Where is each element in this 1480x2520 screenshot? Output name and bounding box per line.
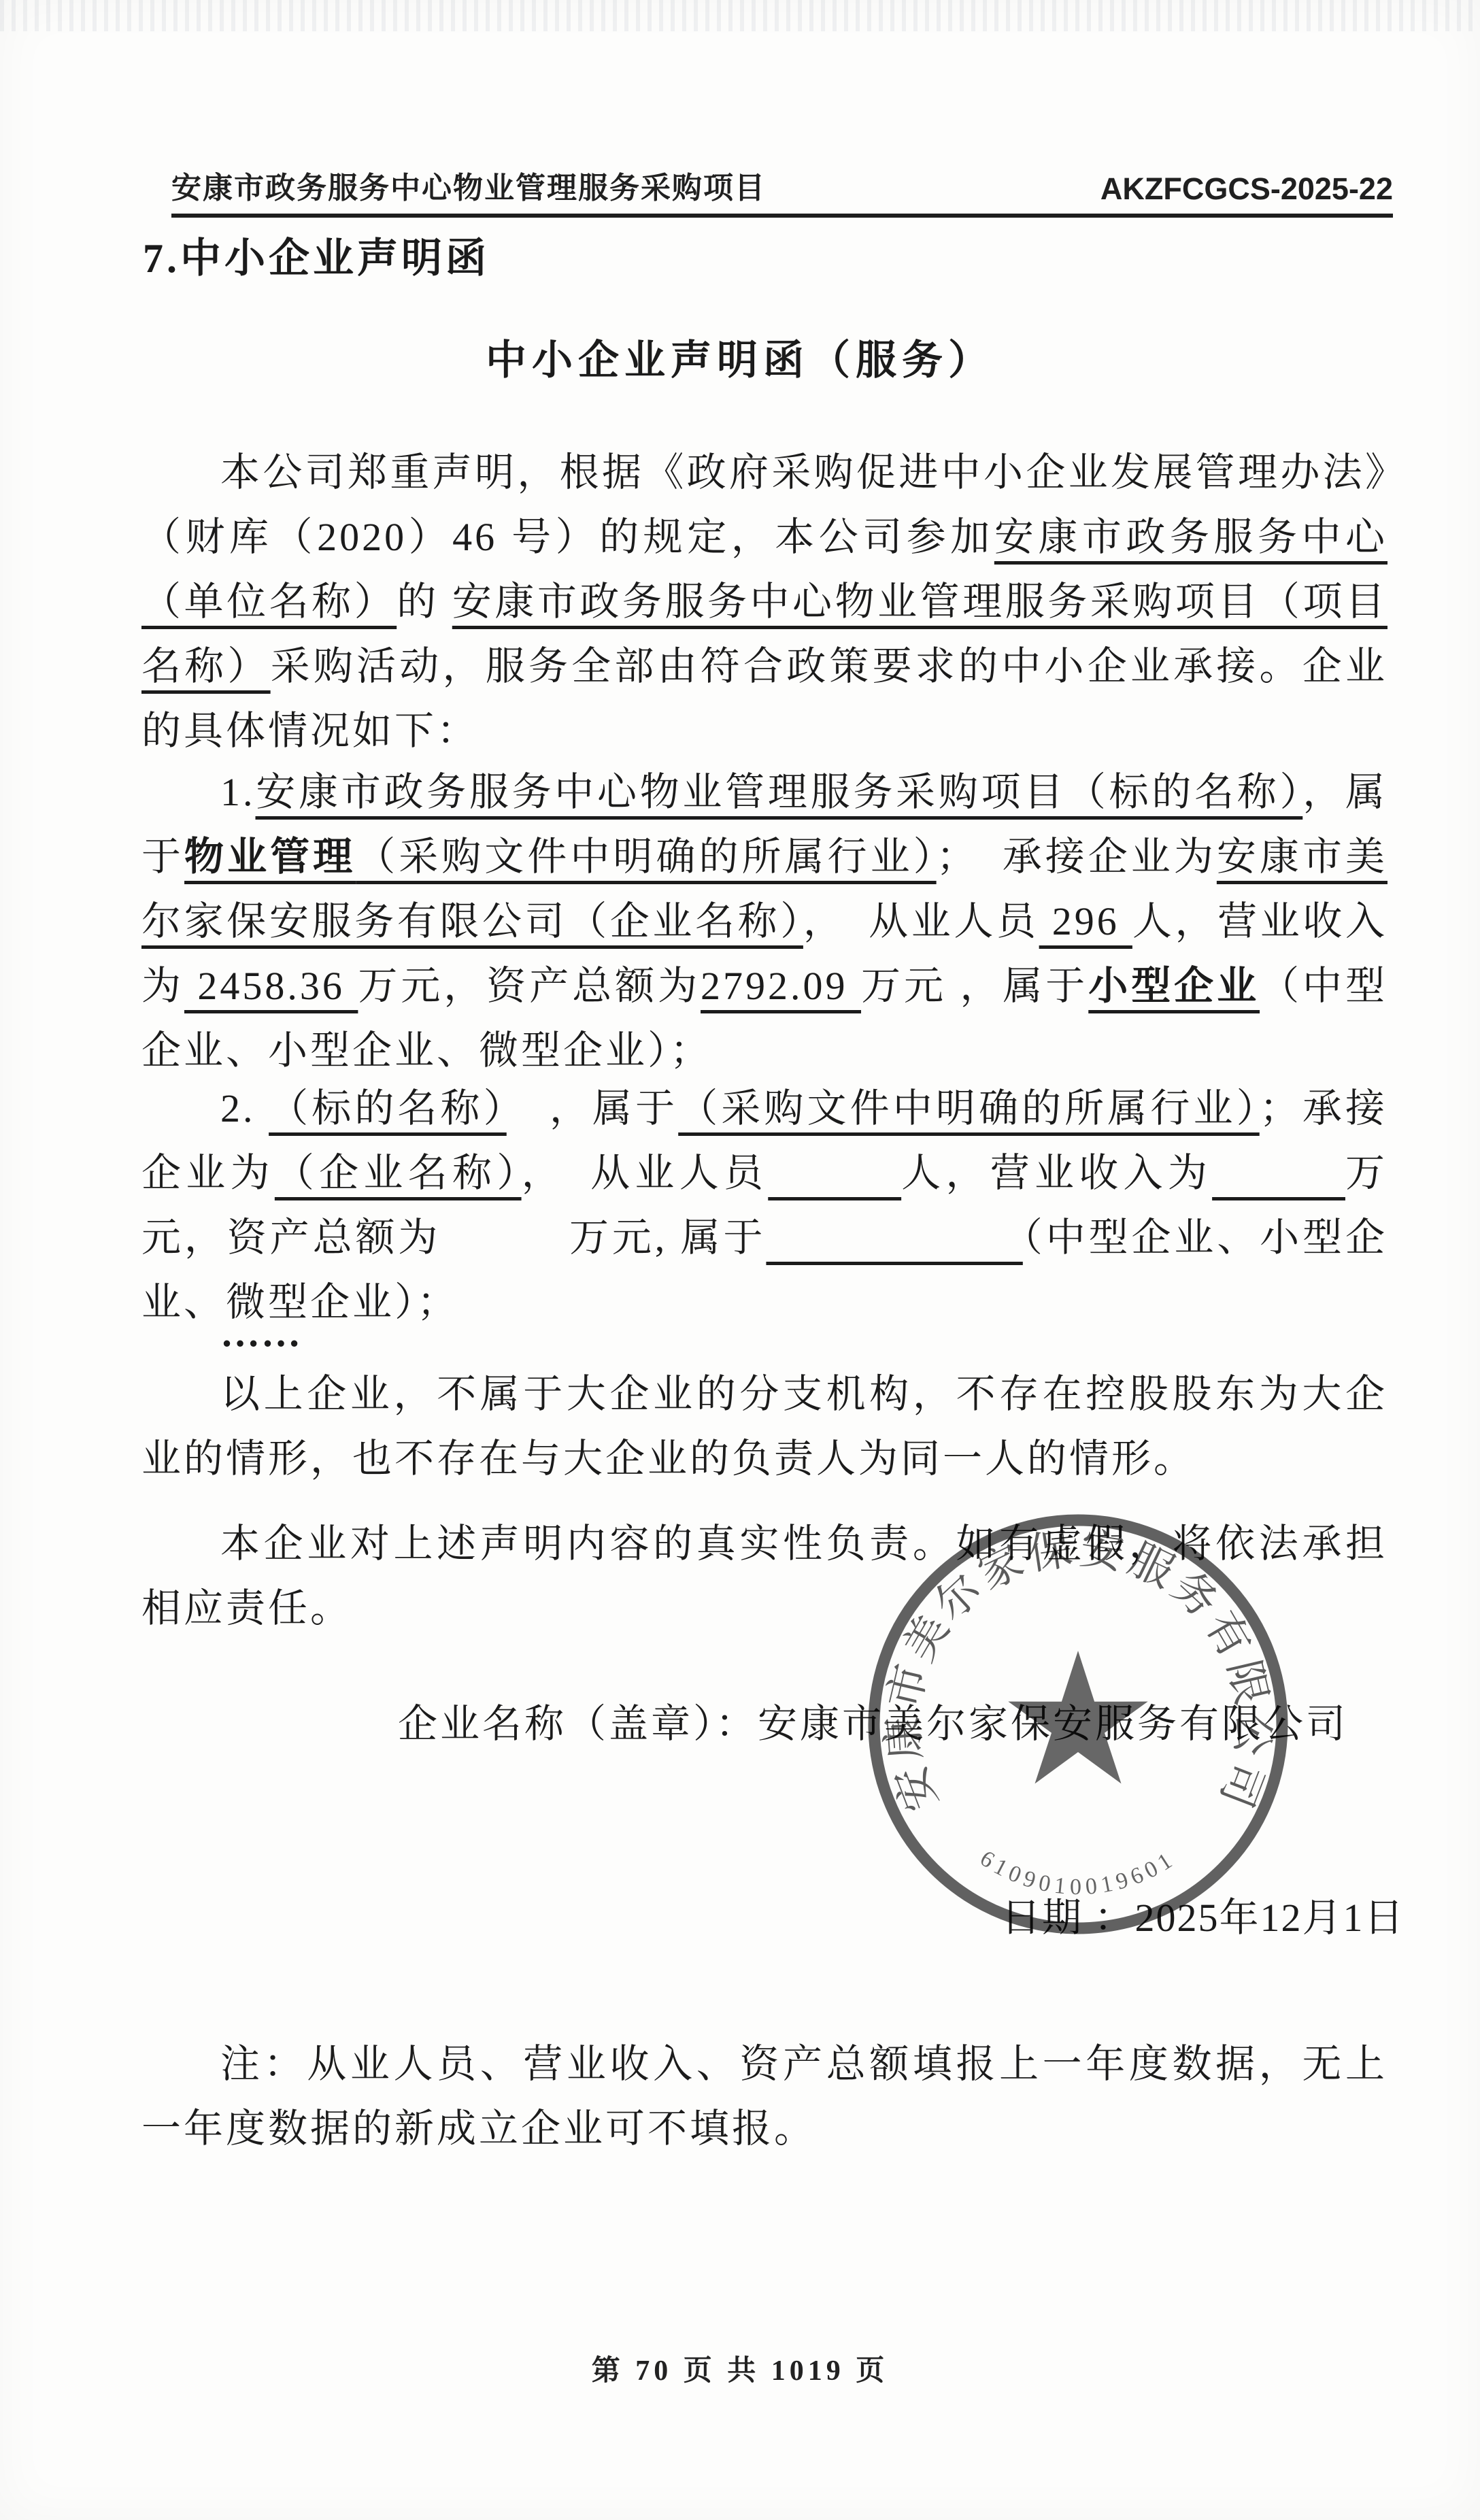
item1-subject-name: 安康市政务服务中心物业管理服务采购项目（标的名称） bbox=[256, 770, 1303, 814]
declaration-tail: 采购活动，服务全部由符合政策要求的中小企业承接。企业的具体情况如下： bbox=[141, 644, 1387, 753]
item1-text: ， 从业人员 bbox=[803, 899, 1039, 943]
item1-text: 万元，资产总额为 bbox=[358, 964, 701, 1008]
item1-employee-count: 296 bbox=[1039, 899, 1132, 943]
seal-star-icon bbox=[1008, 1651, 1147, 1783]
declaration-mid: 的 bbox=[397, 579, 452, 624]
item2-company-blank: （企业名称） bbox=[275, 1151, 522, 1195]
item1-asset-amount: 2792.09 bbox=[701, 964, 861, 1008]
item2-asset-gap bbox=[441, 1215, 569, 1260]
item2-text: ， 从业人员 bbox=[522, 1151, 769, 1195]
item1-industry-note: （采购文件中明确的所属行业） bbox=[356, 835, 936, 879]
seal-code-text: 6109010019601 bbox=[975, 1846, 1180, 1900]
item1-revenue-amount: 2458.36 bbox=[184, 964, 358, 1008]
section-heading: 7.中小企业声明函 bbox=[143, 226, 490, 284]
header-project-name: 安康市政务服务中心物业管理服务采购项目 bbox=[171, 163, 766, 207]
item2-paragraph: 2. （标的名称） ，属于（采购文件中明确的所属行业）；承接企业为（企业名称），… bbox=[141, 1076, 1387, 1334]
note-paragraph: 注：从业人员、营业收入、资产总额填报上一年度数据，无上一年度数据的新成立企业可不… bbox=[141, 2032, 1387, 2161]
item2-subject-blank: （标的名称） bbox=[269, 1086, 507, 1130]
page-header: 安康市政务服务中心物业管理服务采购项目 AKZFCGCS-2025-22 bbox=[171, 163, 1393, 218]
item1-industry: 物业管理 bbox=[184, 835, 356, 879]
signature-label: 企业名称（盖章）： bbox=[398, 1702, 758, 1746]
document-page: 安康市政务服务中心物业管理服务采购项目 AKZFCGCS-2025-22 7.中… bbox=[0, 0, 1480, 2520]
item1-text: 万元 ，属于 bbox=[861, 964, 1088, 1008]
ellipsis-paragraph: …… bbox=[141, 1300, 1387, 1365]
item2-size-blank bbox=[766, 1215, 1022, 1260]
page-footer: 第 70 页 共 1019 页 bbox=[0, 2348, 1480, 2389]
item2-text: 人，营业收入为 bbox=[901, 1151, 1212, 1195]
document-title: 中小企业声明函（服务） bbox=[0, 328, 1480, 386]
declaration-paragraph: 本公司郑重声明，根据《政府采购促进中小企业发展管理办法》（财库（2020）46 … bbox=[141, 440, 1387, 763]
item2-revenue-blank bbox=[1212, 1151, 1345, 1195]
company-seal: 安康市美尔家保安服务有限公司 6109010019601 bbox=[854, 1500, 1302, 1949]
item1-enterprise-size: 小型企业 bbox=[1088, 964, 1260, 1008]
header-doc-number: AKZFCGCS-2025-22 bbox=[1100, 171, 1393, 207]
svg-text:6109010019601: 6109010019601 bbox=[975, 1846, 1180, 1900]
item2-text: 万元, 属于 bbox=[569, 1215, 766, 1260]
item1-paragraph: 1.安康市政务服务中心物业管理服务采购项目（标的名称），属于物业管理（采购文件中… bbox=[141, 760, 1387, 1083]
item1-number: 1. bbox=[220, 770, 256, 814]
item2-industry-blank: （采购文件中明确的所属行业） bbox=[678, 1086, 1260, 1130]
item2-employee-blank bbox=[768, 1151, 901, 1195]
item2-number: 2. bbox=[220, 1086, 269, 1130]
item1-text: ； 承接企业为 bbox=[937, 835, 1217, 879]
branch-statement-paragraph: 以上企业，不属于大企业的分支机构，不存在控股股东为大企业的情形，也不存在与大企业… bbox=[141, 1362, 1387, 1491]
item2-text: ，属于 bbox=[507, 1086, 678, 1130]
